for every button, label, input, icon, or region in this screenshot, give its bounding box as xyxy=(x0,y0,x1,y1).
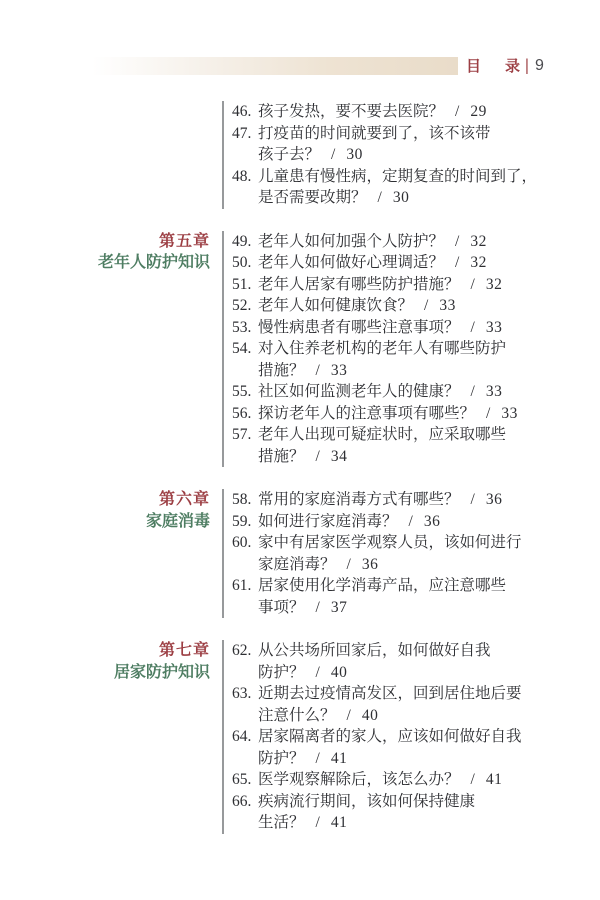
entry-number: 66. xyxy=(232,791,258,834)
page-header: 目 录 | 9 xyxy=(466,55,544,76)
entry-page-number: 41 xyxy=(486,771,503,788)
entry-number: 58. xyxy=(232,489,258,511)
entry-text: 居家隔离者的家人，应该如何做好自我防护？/41 xyxy=(258,726,600,769)
entry-text: 老年人如何健康饮食？/33 xyxy=(258,295,600,317)
entry-line: 老年人如何做好心理调适？/32 xyxy=(258,252,600,274)
entry-page-number: 33 xyxy=(439,297,456,314)
entry-number: 51. xyxy=(232,274,258,296)
entry-line: 事项？/37 xyxy=(258,597,600,619)
chapter-title: 老年人防护知识 xyxy=(0,252,210,274)
entry-page-number: 37 xyxy=(331,599,348,616)
toc-entry[interactable]: 62.从公共场所回家后，如何做好自我防护？/40 xyxy=(232,640,600,683)
entry-number: 54. xyxy=(232,338,258,381)
toc-entry[interactable]: 51.老年人居家有哪些防护措施？/32 xyxy=(232,274,600,296)
page-separator: / xyxy=(347,707,351,724)
page-separator: / xyxy=(316,362,320,379)
entry-line: 社区如何监测老年人的健康？/33 xyxy=(258,381,600,403)
toc-entry[interactable]: 52.老年人如何健康饮食？/33 xyxy=(232,295,600,317)
entry-page-number: 36 xyxy=(486,491,503,508)
entry-line: 防护？/40 xyxy=(258,662,600,684)
toc-entry[interactable]: 65.医学观察解除后，该怎么办？/41 xyxy=(232,769,600,791)
chapter-number: 第五章 xyxy=(0,231,210,253)
toc-entry[interactable]: 64.居家隔离者的家人，应该如何做好自我防护？/41 xyxy=(232,726,600,769)
entry-page-number: 32 xyxy=(470,233,487,250)
toc-section: 46.孩子发热，要不要去医院？/2947.打疫苗的时间就要到了，该不该带孩子去？… xyxy=(0,101,600,209)
entry-page-number: 36 xyxy=(362,556,379,573)
entry-text: 疾病流行期间，该如何保持健康生活？/41 xyxy=(258,791,600,834)
entry-text: 居家使用化学消毒产品，应注意哪些事项？/37 xyxy=(258,575,600,618)
header-gradient-bar xyxy=(92,57,458,75)
entry-page-number: 33 xyxy=(486,319,503,336)
entry-line: 从公共场所回家后，如何做好自我 xyxy=(258,640,600,662)
entry-page-number: 41 xyxy=(331,814,348,831)
page-separator: / xyxy=(471,771,475,788)
page-separator: / xyxy=(347,556,351,573)
entry-page-number: 30 xyxy=(346,146,363,163)
toc-entry[interactable]: 58.常用的家庭消毒方式有哪些？/36 xyxy=(232,489,600,511)
entry-text: 孩子发热，要不要去医院？/29 xyxy=(258,101,600,123)
entry-number: 55. xyxy=(232,381,258,403)
entry-text: 打疫苗的时间就要到了，该不该带孩子去？/30 xyxy=(258,123,600,166)
page-separator: / xyxy=(471,276,475,293)
chapter-label xyxy=(0,101,222,209)
header-title-char: 录 xyxy=(505,55,520,76)
entry-number: 59. xyxy=(232,511,258,533)
chapter-title: 家庭消毒 xyxy=(0,511,210,533)
toc-entry[interactable]: 61.居家使用化学消毒产品，应注意哪些事项？/37 xyxy=(232,575,600,618)
entry-number: 64. xyxy=(232,726,258,769)
toc-entry[interactable]: 49.老年人如何加强个人防护？/32 xyxy=(232,231,600,253)
page-separator: / xyxy=(378,189,382,206)
toc-entry[interactable]: 53.慢性病患者有哪些注意事项？/33 xyxy=(232,317,600,339)
entry-text: 从公共场所回家后，如何做好自我防护？/40 xyxy=(258,640,600,683)
entry-number: 65. xyxy=(232,769,258,791)
toc-entry[interactable]: 47.打疫苗的时间就要到了，该不该带孩子去？/30 xyxy=(232,123,600,166)
entry-line: 老年人出现可疑症状时，应采取哪些 xyxy=(258,424,600,446)
entry-number: 49. xyxy=(232,231,258,253)
entry-line: 探访老年人的注意事项有哪些？/33 xyxy=(258,403,600,425)
toc-entry[interactable]: 56.探访老年人的注意事项有哪些？/33 xyxy=(232,403,600,425)
toc-entry[interactable]: 63.近期去过疫情高发区，回到居住地后要注意什么？/40 xyxy=(232,683,600,726)
entry-number: 63. xyxy=(232,683,258,726)
entry-page-number: 41 xyxy=(331,750,348,767)
entry-line: 注意什么？/40 xyxy=(258,705,600,727)
page-separator: / xyxy=(455,233,459,250)
toc-entry[interactable]: 60.家中有居家医学观察人员，该如何进行家庭消毒？/36 xyxy=(232,532,600,575)
entry-number: 50. xyxy=(232,252,258,274)
entry-page-number: 32 xyxy=(470,254,487,271)
entry-line: 居家隔离者的家人，应该如何做好自我 xyxy=(258,726,600,748)
entry-page-number: 29 xyxy=(470,103,487,120)
chapter-title: 居家防护知识 xyxy=(0,662,210,684)
chapter-number: 第七章 xyxy=(0,640,210,662)
entry-page-number: 30 xyxy=(393,189,410,206)
entry-text: 如何进行家庭消毒？/36 xyxy=(258,511,600,533)
entry-text: 对入住养老机构的老年人有哪些防护措施？/33 xyxy=(258,338,600,381)
entry-number: 48. xyxy=(232,166,258,209)
entry-text: 社区如何监测老年人的健康？/33 xyxy=(258,381,600,403)
entry-page-number: 32 xyxy=(486,276,503,293)
entry-line: 防护？/41 xyxy=(258,748,600,770)
entry-page-number: 36 xyxy=(424,513,441,530)
entry-list: 62.从公共场所回家后，如何做好自我防护？/4063.近期去过疫情高发区，回到居… xyxy=(222,640,600,834)
chapter-label: 第六章家庭消毒 xyxy=(0,489,222,618)
header-page-number: 9 xyxy=(535,57,544,75)
entry-line: 孩子去？/30 xyxy=(258,144,600,166)
toc-section: 第五章老年人防护知识49.老年人如何加强个人防护？/3250.老年人如何做好心理… xyxy=(0,231,600,468)
entry-page-number: 40 xyxy=(362,707,379,724)
toc-section: 第六章家庭消毒58.常用的家庭消毒方式有哪些？/3659.如何进行家庭消毒？/3… xyxy=(0,489,600,618)
page-separator: / xyxy=(455,254,459,271)
entry-page-number: 33 xyxy=(331,362,348,379)
entry-text: 探访老年人的注意事项有哪些？/33 xyxy=(258,403,600,425)
entry-text: 老年人如何做好心理调适？/32 xyxy=(258,252,600,274)
page-separator: / xyxy=(486,405,490,422)
toc-page: 目 录 | 9 46.孩子发热，要不要去医院？/2947.打疫苗的时间就要到了，… xyxy=(0,0,600,900)
entry-page-number: 34 xyxy=(331,448,348,465)
entry-text: 老年人出现可疑症状时，应采取哪些措施？/34 xyxy=(258,424,600,467)
entry-list: 49.老年人如何加强个人防护？/3250.老年人如何做好心理调适？/3251.老… xyxy=(222,231,600,468)
entry-number: 52. xyxy=(232,295,258,317)
entry-line: 医学观察解除后，该怎么办？/41 xyxy=(258,769,600,791)
entry-line: 生活？/41 xyxy=(258,812,600,834)
toc-entry[interactable]: 50.老年人如何做好心理调适？/32 xyxy=(232,252,600,274)
chapter-label: 第五章老年人防护知识 xyxy=(0,231,222,468)
chapter-label: 第七章居家防护知识 xyxy=(0,640,222,834)
entry-line: 家中有居家医学观察人员，该如何进行 xyxy=(258,532,600,554)
page-separator: / xyxy=(331,146,335,163)
entry-line: 家庭消毒？/36 xyxy=(258,554,600,576)
entry-line: 疾病流行期间，该如何保持健康 xyxy=(258,791,600,813)
page-separator: / xyxy=(471,491,475,508)
entry-number: 57. xyxy=(232,424,258,467)
toc-entry[interactable]: 46.孩子发热，要不要去医院？/29 xyxy=(232,101,600,123)
entry-text: 近期去过疫情高发区，回到居住地后要注意什么？/40 xyxy=(258,683,600,726)
toc-entry[interactable]: 57.老年人出现可疑症状时，应采取哪些措施？/34 xyxy=(232,424,600,467)
toc-entry[interactable]: 66.疾病流行期间，该如何保持健康生活？/41 xyxy=(232,791,600,834)
entry-line: 慢性病患者有哪些注意事项？/33 xyxy=(258,317,600,339)
entry-line: 是否需要改期？/30 xyxy=(258,187,600,209)
entry-page-number: 33 xyxy=(501,405,518,422)
entry-page-number: 33 xyxy=(486,383,503,400)
entry-line: 老年人如何健康饮食？/33 xyxy=(258,295,600,317)
entry-line: 儿童患有慢性病，定期复查的时间到了， xyxy=(258,166,600,188)
entry-number: 53. xyxy=(232,317,258,339)
entry-line: 措施？/33 xyxy=(258,360,600,382)
page-separator: / xyxy=(409,513,413,530)
chapter-number: 第六章 xyxy=(0,489,210,511)
entry-line: 老年人如何加强个人防护？/32 xyxy=(258,231,600,253)
entry-line: 常用的家庭消毒方式有哪些？/36 xyxy=(258,489,600,511)
toc-entry[interactable]: 59.如何进行家庭消毒？/36 xyxy=(232,511,600,533)
entry-number: 46. xyxy=(232,101,258,123)
page-separator: / xyxy=(424,297,428,314)
toc-body: 46.孩子发热，要不要去医院？/2947.打疫苗的时间就要到了，该不该带孩子去？… xyxy=(0,101,600,856)
entry-line: 对入住养老机构的老年人有哪些防护 xyxy=(258,338,600,360)
page-separator: / xyxy=(455,103,459,120)
toc-section: 第七章居家防护知识62.从公共场所回家后，如何做好自我防护？/4063.近期去过… xyxy=(0,640,600,834)
entry-number: 47. xyxy=(232,123,258,166)
page-separator: / xyxy=(316,814,320,831)
page-separator: / xyxy=(316,448,320,465)
entry-line: 如何进行家庭消毒？/36 xyxy=(258,511,600,533)
page-separator: / xyxy=(471,319,475,336)
entry-number: 61. xyxy=(232,575,258,618)
entry-line: 近期去过疫情高发区，回到居住地后要 xyxy=(258,683,600,705)
entry-number: 62. xyxy=(232,640,258,683)
header-separator: | xyxy=(525,56,529,75)
entry-text: 儿童患有慢性病，定期复查的时间到了，是否需要改期？/30 xyxy=(258,166,600,209)
entry-line: 打疫苗的时间就要到了，该不该带 xyxy=(258,123,600,145)
header-title-char: 目 xyxy=(466,55,481,76)
page-separator: / xyxy=(316,750,320,767)
entry-text: 常用的家庭消毒方式有哪些？/36 xyxy=(258,489,600,511)
entry-list: 46.孩子发热，要不要去医院？/2947.打疫苗的时间就要到了，该不该带孩子去？… xyxy=(222,101,600,209)
entry-text: 老年人居家有哪些防护措施？/32 xyxy=(258,274,600,296)
entry-number: 60. xyxy=(232,532,258,575)
toc-entry[interactable]: 55.社区如何监测老年人的健康？/33 xyxy=(232,381,600,403)
entry-page-number: 40 xyxy=(331,664,348,681)
entry-list: 58.常用的家庭消毒方式有哪些？/3659.如何进行家庭消毒？/3660.家中有… xyxy=(222,489,600,618)
entry-text: 医学观察解除后，该怎么办？/41 xyxy=(258,769,600,791)
toc-entry[interactable]: 48.儿童患有慢性病，定期复查的时间到了，是否需要改期？/30 xyxy=(232,166,600,209)
page-separator: / xyxy=(316,599,320,616)
entry-text: 家中有居家医学观察人员，该如何进行家庭消毒？/36 xyxy=(258,532,600,575)
entry-number: 56. xyxy=(232,403,258,425)
entry-line: 居家使用化学消毒产品，应注意哪些 xyxy=(258,575,600,597)
toc-entry[interactable]: 54.对入住养老机构的老年人有哪些防护措施？/33 xyxy=(232,338,600,381)
entry-text: 慢性病患者有哪些注意事项？/33 xyxy=(258,317,600,339)
page-separator: / xyxy=(316,664,320,681)
page-separator: / xyxy=(471,383,475,400)
entry-line: 孩子发热，要不要去医院？/29 xyxy=(258,101,600,123)
entry-line: 措施？/34 xyxy=(258,446,600,468)
entry-line: 老年人居家有哪些防护措施？/32 xyxy=(258,274,600,296)
entry-text: 老年人如何加强个人防护？/32 xyxy=(258,231,600,253)
